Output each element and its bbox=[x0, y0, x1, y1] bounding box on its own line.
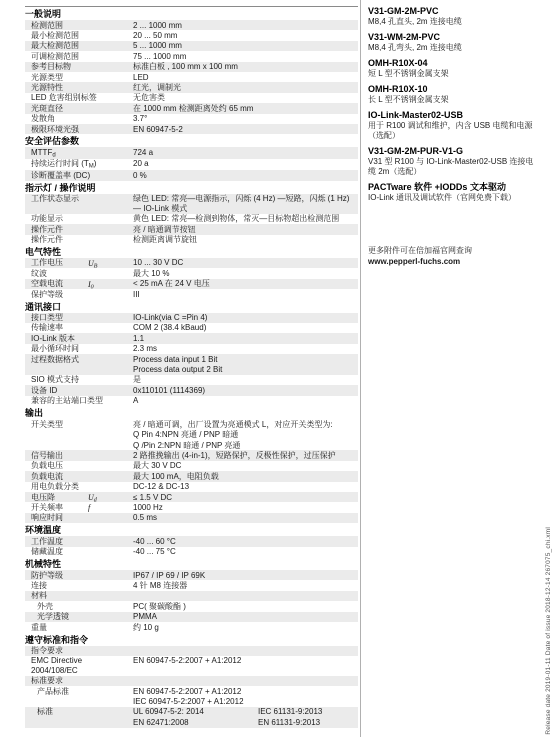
spec-label: 持续运行时间 (TM) bbox=[25, 159, 133, 170]
spec-value-line: 2 路推挽输出 (4-in-1)，短路保护，反极性保护，过压保护 bbox=[133, 451, 358, 460]
spec-label: 材料 bbox=[25, 591, 133, 600]
spec-label: 传输速率 bbox=[25, 323, 133, 332]
spec-value-line: 红光，调制光 bbox=[133, 83, 358, 92]
spec-label: 连接 bbox=[25, 581, 133, 590]
spec-row: 开关频率f1000 Hz bbox=[25, 502, 358, 512]
spec-value-line: 检测距离调节旋钮 bbox=[133, 235, 358, 244]
spec-value: 3.7° bbox=[133, 114, 358, 123]
spec-value: 无危害类 bbox=[133, 93, 358, 102]
accessory-item: IO-Link-Master02-USB用于 R100 调试和维护，内含 USB… bbox=[368, 110, 540, 141]
spec-row: 检测范围2 ... 1000 mm bbox=[25, 20, 358, 30]
spec-value-line: 4 针 M8 连接器 bbox=[133, 581, 358, 590]
spec-value: 红光，调制光 bbox=[133, 83, 358, 92]
spec-row: 产品标准EN 60947-5-2:2007 + A1:2012IEC 60947… bbox=[25, 686, 358, 707]
accessory-name: IO-Link-Master02-USB bbox=[368, 110, 540, 121]
spec-row: 接口类型IO-Link(via C =Pin 4) bbox=[25, 313, 358, 323]
spec-label: 储藏温度 bbox=[25, 547, 133, 556]
spec-section: 输出开关类型亮 / 暗通可调，出厂设置为亮通模式 L，对应开关类型为:Q Pin… bbox=[25, 406, 358, 523]
spec-value-line: 724 a bbox=[133, 148, 358, 157]
spec-label: 设备 ID bbox=[25, 386, 133, 395]
spec-value: III bbox=[133, 290, 358, 299]
accessory-name: V31-WM-2M-PVC bbox=[368, 32, 540, 43]
spec-value-line: 是 bbox=[133, 375, 358, 384]
accessory-name: OMH-R10X-10 bbox=[368, 84, 540, 95]
more-accessories-note: 更多附件可在倍加福官网查询 www.pepperl-fuchs.com bbox=[368, 245, 540, 267]
spec-value: EN 60947-5-2 bbox=[133, 125, 358, 134]
spec-value-line: PMMA bbox=[133, 612, 358, 621]
spec-value: 0.5 ms bbox=[133, 513, 358, 522]
spec-value: 20 a bbox=[133, 159, 358, 170]
spec-value: 20 ... 50 mm bbox=[133, 31, 358, 40]
spec-label: 诊断覆盖率 (DC) bbox=[25, 171, 133, 180]
accessory-description: M8,4 孔弯头, 2m 连接电缆 bbox=[368, 43, 540, 53]
spec-label: 标准要求 bbox=[25, 676, 133, 685]
spec-section: 环境温度工作温度-40 ... 60 °C储藏温度-40 ... 75 °C bbox=[25, 523, 358, 557]
section-title: 安全评估参数 bbox=[25, 134, 358, 147]
spec-value: DC-12 & DC-13 bbox=[133, 482, 358, 491]
spec-row: 操作元件亮 / 暗通调节按钮 bbox=[25, 224, 358, 234]
spec-label: 开关类型 bbox=[25, 420, 133, 450]
spec-value: 75 ... 1000 mm bbox=[133, 52, 358, 61]
spec-label: 开关频率f bbox=[25, 503, 133, 512]
spec-section: 安全评估参数MTTFd724 a持续运行时间 (TM)20 a诊断覆盖率 (DC… bbox=[25, 134, 358, 180]
spec-label: 保护等级 bbox=[25, 290, 133, 299]
spec-label: 功能显示 bbox=[25, 214, 133, 223]
spec-label: 标准 bbox=[25, 707, 133, 727]
spec-row: 工作电压UB10 ... 30 V DC bbox=[25, 258, 358, 268]
spec-label: 操作元件 bbox=[25, 235, 133, 244]
spec-value-line: 无危害类 bbox=[133, 93, 358, 102]
accessory-item: OMH-R10X-10长 L 型不锈钢金属支架 bbox=[368, 84, 540, 105]
spec-label: 防护等级 bbox=[25, 571, 133, 580]
spec-table: 一般说明检测范围2 ... 1000 mm最小检测范围20 ... 50 mm最… bbox=[25, 6, 358, 728]
spec-value-line: 2.3 ms bbox=[133, 344, 358, 353]
spec-value-line: A bbox=[133, 396, 358, 405]
spec-label: EMC Directive 2004/108/EC bbox=[25, 656, 133, 675]
spec-value: 1.1 bbox=[133, 334, 358, 343]
accessory-item: V31-GM-2M-PUR-V1-GV31 型 R100 与 IO-Link-M… bbox=[368, 146, 540, 177]
spec-row: 光源特性红光，调制光 bbox=[25, 82, 358, 92]
spec-value: EN 60947-5-2:2007 + A1:2012IEC 60947-5-2… bbox=[133, 687, 358, 707]
spec-value-line: 1.1 bbox=[133, 334, 358, 343]
sidebar-vertical-text: Release date 2019-01-11 Date of issue 20… bbox=[545, 527, 552, 735]
spec-value-line: 绿色 LED: 常亮—电源指示，闪烁 (4 Hz) —短路，闪烁 (1 Hz) … bbox=[133, 194, 358, 213]
accessory-list: V31-GM-2M-PVCM8,4 孔直头, 2m 连接电缆V31-WM-2M-… bbox=[368, 6, 540, 203]
accessories-column: V31-GM-2M-PVCM8,4 孔直头, 2m 连接电缆V31-WM-2M-… bbox=[368, 6, 540, 267]
spec-value: A bbox=[133, 396, 358, 405]
spec-row: 工作状态显示绿色 LED: 常亮—电源指示，闪烁 (4 Hz) —短路，闪烁 (… bbox=[25, 194, 358, 214]
spec-value bbox=[133, 646, 358, 655]
spec-row: 负载电压最大 30 V DC bbox=[25, 461, 358, 471]
spec-value: UL 60947-5-2: 2014IEC 61131-9:2013EN 624… bbox=[133, 707, 358, 727]
manufacturer-website-link[interactable]: www.pepperl-fuchs.com bbox=[368, 256, 540, 267]
accessory-item: OMH-R10X-04短 L 型不锈钢金属支架 bbox=[368, 58, 540, 79]
section-title: 通讯接口 bbox=[25, 300, 358, 313]
spec-value-line: Q /Pin 2:NPN 暗通 / PNP 亮通 bbox=[133, 441, 358, 450]
spec-value: IP67 / IP 69 / IP 69K bbox=[133, 571, 358, 580]
spec-value-line: 5 ... 1000 mm bbox=[133, 41, 358, 50]
spec-label: 指令要求 bbox=[25, 646, 133, 655]
accessory-description: 短 L 型不锈钢金属支架 bbox=[368, 69, 540, 79]
spec-label: 最小检测范围 bbox=[25, 31, 133, 40]
spec-value-line: 0 % bbox=[133, 171, 358, 180]
section-title: 指示灯 / 操作说明 bbox=[25, 181, 358, 194]
spec-row: 开关类型亮 / 暗通可调，出厂设置为亮通模式 L，对应开关类型为:Q Pin 4… bbox=[25, 419, 358, 450]
spec-label: 最大检测范围 bbox=[25, 41, 133, 50]
spec-label: 操作元件 bbox=[25, 225, 133, 234]
spec-value-line: 20 a bbox=[133, 159, 358, 168]
spec-row: LED 危害组别标签无危害类 bbox=[25, 93, 358, 103]
spec-value: 黄色 LED: 常亮—检测到物体，常灭—目标物超出检测范围 bbox=[133, 214, 358, 223]
datasheet-page: 一般说明检测范围2 ... 1000 mm最小检测范围20 ... 50 mm最… bbox=[0, 0, 555, 737]
spec-label: 极限环境光强 bbox=[25, 125, 133, 134]
spec-label: 负载电压 bbox=[25, 461, 133, 470]
spec-value bbox=[133, 676, 358, 685]
spec-value-line: 1000 Hz bbox=[133, 503, 358, 512]
spec-value: 2 ... 1000 mm bbox=[133, 21, 358, 30]
section-title: 一般说明 bbox=[25, 7, 358, 20]
spec-value: 10 ... 30 V DC bbox=[133, 258, 358, 267]
spec-value-line: DC-12 & DC-13 bbox=[133, 482, 358, 491]
spec-value-line: Process data input 1 Bit bbox=[133, 355, 358, 364]
spec-row: 光斑直径在 1000 mm 检测距离处约 65 mm bbox=[25, 103, 358, 113]
spec-section: 遵守标准和指令指令要求EMC Directive 2004/108/ECEN 6… bbox=[25, 633, 358, 728]
spec-row: SIO 模式支持是 bbox=[25, 375, 358, 385]
spec-value: 最大 100 mA，电阻负载 bbox=[133, 472, 358, 481]
spec-value-line: 约 10 g bbox=[133, 623, 358, 632]
spec-row: 诊断覆盖率 (DC)0 % bbox=[25, 170, 358, 180]
spec-row: 响应时间0.5 ms bbox=[25, 513, 358, 523]
spec-row: 信号输出2 路推挽输出 (4-in-1)，短路保护，反极性保护，过压保护 bbox=[25, 450, 358, 460]
spec-value-line: UL 60947-5-2: 2014IEC 61131-9:2013 bbox=[133, 707, 358, 716]
spec-value: PC( 聚碳酸酯 ) bbox=[133, 602, 358, 611]
spec-row: 重量约 10 g bbox=[25, 622, 358, 632]
spec-label: 最小循环时间 bbox=[25, 344, 133, 353]
spec-value: 最大 10 % bbox=[133, 269, 358, 278]
accessory-item: PACTware 软件 +IODDs 文本驱动IO-Link 通讯及调试软件（官… bbox=[368, 182, 540, 203]
spec-label: 检测范围 bbox=[25, 21, 133, 30]
more-accessories-text: 更多附件可在倍加福官网查询 bbox=[368, 245, 540, 256]
spec-value-col: UL 60947-5-2: 2014 bbox=[133, 707, 258, 716]
accessory-name: V31-GM-2M-PVC bbox=[368, 6, 540, 17]
spec-section: 指示灯 / 操作说明工作状态显示绿色 LED: 常亮—电源指示，闪烁 (4 Hz… bbox=[25, 181, 358, 245]
spec-row: 纹波最大 10 % bbox=[25, 268, 358, 278]
spec-value: 绿色 LED: 常亮—电源指示，闪烁 (4 Hz) —短路，闪烁 (1 Hz) … bbox=[133, 194, 358, 213]
accessory-name: OMH-R10X-04 bbox=[368, 58, 540, 69]
spec-row: 可调检测范围75 ... 1000 mm bbox=[25, 51, 358, 61]
spec-value-line: EN 60947-5-2:2007 + A1:2012 bbox=[133, 656, 358, 665]
spec-row: 传输速率COM 2 (38.4 kBaud) bbox=[25, 323, 358, 333]
spec-section: 通讯接口接口类型IO-Link(via C =Pin 4)传输速率COM 2 (… bbox=[25, 300, 358, 407]
spec-value-line: 最大 30 V DC bbox=[133, 461, 358, 470]
spec-value: 亮 / 暗通调节按钮 bbox=[133, 225, 358, 234]
spec-label: 发散角 bbox=[25, 114, 133, 123]
spec-value: 是 bbox=[133, 375, 358, 384]
accessory-description: 用于 R100 调试和维护，内含 USB 电缆和电源（选配） bbox=[368, 121, 540, 141]
spec-value-col: EN 61131-9:2013 bbox=[258, 718, 320, 727]
spec-value-line: -40 ... 60 °C bbox=[133, 537, 358, 546]
spec-row: 电压降Ud≤ 1.5 V DC bbox=[25, 492, 358, 502]
spec-label: 负载电流 bbox=[25, 472, 133, 481]
spec-section: 电气特性工作电压UB10 ... 30 V DC纹波最大 10 %空载电流I0<… bbox=[25, 245, 358, 300]
spec-value-line: 亮 / 暗通调节按钮 bbox=[133, 225, 358, 234]
spec-value-line: 2 ... 1000 mm bbox=[133, 21, 358, 30]
spec-value: 724 a bbox=[133, 148, 358, 159]
spec-label: 工作温度 bbox=[25, 537, 133, 546]
spec-value: 约 10 g bbox=[133, 623, 358, 632]
spec-value: -40 ... 75 °C bbox=[133, 547, 358, 556]
spec-value-line: 亮 / 暗通可调，出厂设置为亮通模式 L，对应开关类型为: bbox=[133, 420, 358, 429]
accessory-item: V31-GM-2M-PVCM8,4 孔直头, 2m 连接电缆 bbox=[368, 6, 540, 27]
spec-value-line: 75 ... 1000 mm bbox=[133, 52, 358, 61]
spec-value: 检测距离调节旋钮 bbox=[133, 235, 358, 244]
spec-row: 工作温度-40 ... 60 °C bbox=[25, 536, 358, 546]
spec-value: 2 路推挽输出 (4-in-1)，短路保护，反极性保护，过压保护 bbox=[133, 451, 358, 460]
spec-section: 一般说明检测范围2 ... 1000 mm最小检测范围20 ... 50 mm最… bbox=[25, 7, 358, 134]
column-divider bbox=[360, 0, 361, 737]
spec-value-line: -40 ... 75 °C bbox=[133, 547, 358, 556]
spec-value-line: 3.7° bbox=[133, 114, 358, 123]
spec-row: 材料 bbox=[25, 591, 358, 601]
spec-label: 产品标准 bbox=[25, 687, 133, 707]
spec-row: 空载电流I0< 25 mA 在 24 V 电压 bbox=[25, 279, 358, 289]
spec-row: 标准UL 60947-5-2: 2014IEC 61131-9:2013EN 6… bbox=[25, 707, 358, 728]
spec-value-line: IO-Link(via C =Pin 4) bbox=[133, 313, 358, 322]
spec-row: EMC Directive 2004/108/ECEN 60947-5-2:20… bbox=[25, 656, 358, 676]
spec-symbol: f bbox=[88, 503, 90, 512]
spec-value: 0x110101 (1114369) bbox=[133, 386, 358, 395]
spec-value-line: LED bbox=[133, 73, 358, 82]
spec-value: 2.3 ms bbox=[133, 344, 358, 353]
spec-row: 发散角3.7° bbox=[25, 114, 358, 124]
spec-value-line: 0x110101 (1114369) bbox=[133, 386, 358, 395]
accessory-name: V31-GM-2M-PUR-V1-G bbox=[368, 146, 540, 157]
spec-value: COM 2 (38.4 kBaud) bbox=[133, 323, 358, 332]
spec-row: 负载电流最大 100 mA，电阻负载 bbox=[25, 471, 358, 481]
spec-value: 4 针 M8 连接器 bbox=[133, 581, 358, 590]
spec-value-line: ≤ 1.5 V DC bbox=[133, 493, 358, 502]
spec-value: PMMA bbox=[133, 612, 358, 621]
spec-value-line: Process data output 2 Bit bbox=[133, 365, 358, 374]
spec-row: 连接4 针 M8 连接器 bbox=[25, 580, 358, 590]
spec-row: 光源类型LED bbox=[25, 72, 358, 82]
spec-value-line: EN 60947-5-2 bbox=[133, 125, 358, 134]
spec-value: Process data input 1 BitProcess data out… bbox=[133, 355, 358, 375]
spec-label: 光源类型 bbox=[25, 73, 133, 82]
accessory-description: 长 L 型不锈钢金属支架 bbox=[368, 95, 540, 105]
spec-row: 最小循环时间2.3 ms bbox=[25, 344, 358, 354]
spec-row: 功能显示黄色 LED: 常亮—检测到物体，常灭—目标物超出检测范围 bbox=[25, 214, 358, 224]
section-title: 遵守标准和指令 bbox=[25, 633, 358, 646]
spec-section: 机械特性防护等级IP67 / IP 69 / IP 69K连接4 针 M8 连接… bbox=[25, 557, 358, 632]
spec-value: -40 ... 60 °C bbox=[133, 537, 358, 546]
spec-label: 过程数据格式 bbox=[25, 355, 133, 375]
spec-row: MTTFd724 a bbox=[25, 147, 358, 159]
spec-label: 重量 bbox=[25, 623, 133, 632]
spec-row: 指令要求 bbox=[25, 646, 358, 656]
spec-value-line: Q Pin 4:NPN 亮通 / PNP 暗通 bbox=[133, 430, 358, 439]
spec-value-line: EN 62471:2008EN 61131-9:2013 bbox=[133, 718, 358, 727]
spec-row: 过程数据格式Process data input 1 BitProcess da… bbox=[25, 354, 358, 375]
spec-row: 储藏温度-40 ... 75 °C bbox=[25, 547, 358, 557]
spec-value-line: 20 ... 50 mm bbox=[133, 31, 358, 40]
spec-value: 5 ... 1000 mm bbox=[133, 41, 358, 50]
spec-value-line: 最大 100 mA，电阻负载 bbox=[133, 472, 358, 481]
spec-value: LED bbox=[133, 73, 358, 82]
spec-row: 设备 ID0x110101 (1114369) bbox=[25, 385, 358, 395]
spec-value-col: EN 62471:2008 bbox=[133, 718, 258, 727]
spec-label: LED 危害组别标签 bbox=[25, 93, 133, 102]
spec-row: 最小检测范围20 ... 50 mm bbox=[25, 30, 358, 40]
spec-value-line: EN 60947-5-2:2007 + A1:2012 bbox=[133, 687, 358, 696]
accessory-description: M8,4 孔直头, 2m 连接电缆 bbox=[368, 17, 540, 27]
spec-label: 用电负载分类 bbox=[25, 482, 133, 491]
spec-label: 参考目标物 bbox=[25, 62, 133, 71]
spec-label: 空载电流I0 bbox=[25, 279, 133, 288]
spec-value: 0 % bbox=[133, 171, 358, 180]
section-title: 电气特性 bbox=[25, 245, 358, 258]
spec-label: 纹波 bbox=[25, 269, 133, 278]
spec-label: 光斑直径 bbox=[25, 104, 133, 113]
spec-value-line: 0.5 ms bbox=[133, 513, 358, 522]
spec-value-line: 最大 10 % bbox=[133, 269, 358, 278]
section-title: 输出 bbox=[25, 406, 358, 419]
spec-value-line: 标准白板 , 100 mm x 100 mm bbox=[133, 62, 358, 71]
spec-label: 光源特性 bbox=[25, 83, 133, 92]
spec-row: 光学透镜PMMA bbox=[25, 612, 358, 622]
spec-row: IO-Link 版本1.1 bbox=[25, 333, 358, 343]
spec-value: 最大 30 V DC bbox=[133, 461, 358, 470]
spec-row: 参考目标物标准白板 , 100 mm x 100 mm bbox=[25, 62, 358, 72]
spec-row: 保护等级III bbox=[25, 289, 358, 299]
spec-label: 外壳 bbox=[25, 602, 133, 611]
accessory-item: V31-WM-2M-PVCM8,4 孔弯头, 2m 连接电缆 bbox=[368, 32, 540, 53]
spec-value-line: 10 ... 30 V DC bbox=[133, 258, 358, 267]
spec-row: 兼容的主站端口类型A bbox=[25, 396, 358, 406]
accessory-name: PACTware 软件 +IODDs 文本驱动 bbox=[368, 182, 540, 193]
spec-row: 持续运行时间 (TM)20 a bbox=[25, 159, 358, 171]
spec-row: 操作元件检测距离调节旋钮 bbox=[25, 235, 358, 245]
accessory-description: IO-Link 通讯及调试软件（官网免费下载） bbox=[368, 193, 540, 203]
spec-value-col: IEC 61131-9:2013 bbox=[258, 707, 322, 716]
spec-value-line: 黄色 LED: 常亮—检测到物体，常灭—目标物超出检测范围 bbox=[133, 214, 358, 223]
spec-value: ≤ 1.5 V DC bbox=[133, 493, 358, 502]
spec-label: IO-Link 版本 bbox=[25, 334, 133, 343]
spec-value-line: < 25 mA 在 24 V 电压 bbox=[133, 279, 358, 288]
spec-value-line: IP67 / IP 69 / IP 69K bbox=[133, 571, 358, 580]
spec-label: 信号输出 bbox=[25, 451, 133, 460]
spec-row: 外壳PC( 聚碳酸酯 ) bbox=[25, 601, 358, 611]
spec-row: 用电负载分类DC-12 & DC-13 bbox=[25, 482, 358, 492]
spec-label: MTTFd bbox=[25, 148, 133, 159]
spec-value-line: 在 1000 mm 检测距离处约 65 mm bbox=[133, 104, 358, 113]
accessory-description: V31 型 R100 与 IO-Link-Master02-USB 连接电缆 2… bbox=[368, 157, 540, 177]
spec-value bbox=[133, 591, 358, 600]
spec-value: IO-Link(via C =Pin 4) bbox=[133, 313, 358, 322]
spec-value: 1000 Hz bbox=[133, 503, 358, 512]
spec-label: 兼容的主站端口类型 bbox=[25, 396, 133, 405]
spec-row: 最大检测范围5 ... 1000 mm bbox=[25, 41, 358, 51]
spec-row: 极限环境光强EN 60947-5-2 bbox=[25, 124, 358, 134]
spec-label: 接口类型 bbox=[25, 313, 133, 322]
spec-label: 响应时间 bbox=[25, 513, 133, 522]
spec-value: EN 60947-5-2:2007 + A1:2012 bbox=[133, 656, 358, 675]
spec-label: 电压降Ud bbox=[25, 493, 133, 502]
section-title: 机械特性 bbox=[25, 557, 358, 570]
spec-label: SIO 模式支持 bbox=[25, 375, 133, 384]
spec-row: 标准要求 bbox=[25, 676, 358, 686]
spec-value: 亮 / 暗通可调，出厂设置为亮通模式 L，对应开关类型为:Q Pin 4:NPN… bbox=[133, 420, 358, 450]
spec-value: < 25 mA 在 24 V 电压 bbox=[133, 279, 358, 288]
spec-value-line: III bbox=[133, 290, 358, 299]
spec-row: 防护等级IP67 / IP 69 / IP 69K bbox=[25, 570, 358, 580]
spec-value-line: IEC 60947-5-2:2007 + A1:2012 bbox=[133, 697, 358, 706]
spec-label: 光学透镜 bbox=[25, 612, 133, 621]
spec-label: 可调检测范围 bbox=[25, 52, 133, 61]
spec-value: 标准白板 , 100 mm x 100 mm bbox=[133, 62, 358, 71]
spec-value: 在 1000 mm 检测距离处约 65 mm bbox=[133, 104, 358, 113]
spec-value-line: COM 2 (38.4 kBaud) bbox=[133, 323, 358, 332]
spec-label: 工作状态显示 bbox=[25, 194, 133, 213]
spec-label: 工作电压UB bbox=[25, 258, 133, 267]
spec-value-line: PC( 聚碳酸酯 ) bbox=[133, 602, 358, 611]
section-title: 环境温度 bbox=[25, 523, 358, 536]
